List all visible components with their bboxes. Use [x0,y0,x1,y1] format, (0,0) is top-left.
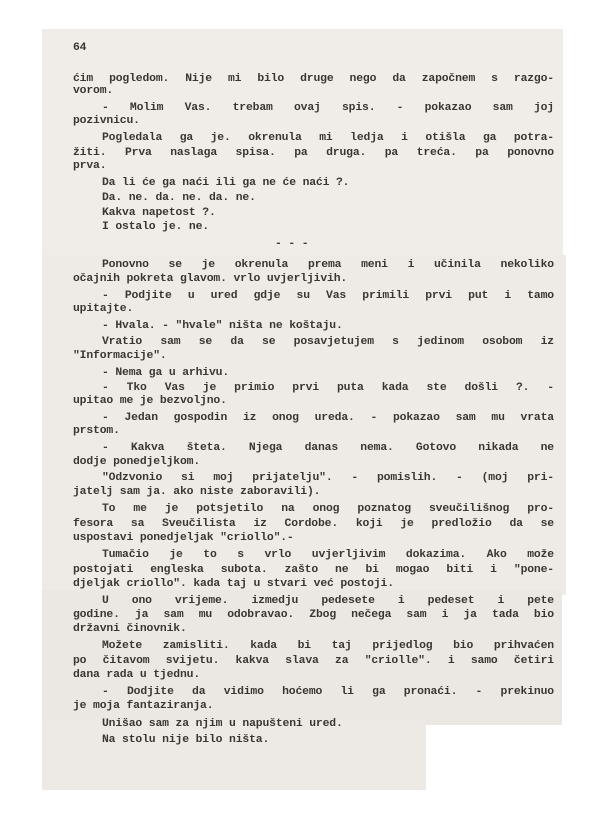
text-line: prstom. [73,425,120,438]
text-line: Unišao sam za njim u napušteni ured. [102,718,343,731]
text-line: - Tko Vas je primio prvi puta kada ste d… [102,382,554,395]
text-line: "Informacije". [73,350,167,363]
text-line: To me je potsjetilo na onog poznatog sve… [102,503,554,516]
text-line: U ono vrijeme. izmedju pedesete i pedese… [102,595,554,608]
text-line: postojati engleska subota. zašto ne bi m… [73,564,554,577]
text-line: je moja fantaziranja. [73,700,213,713]
text-line: Da. ne. da. ne. da. ne. [102,192,256,205]
text-line: djeljak criollo". kada taj u stvari već … [73,578,394,591]
text-line: - Podjite u ured gdje su Vas primili prv… [102,290,554,303]
text-line: dodje ponedjeljkom. [73,456,200,469]
book-page: 64 ćim pogledom. Nije mi bilo druge nego… [0,0,596,833]
text-line: Na stolu nije bilo ništa. [102,734,269,747]
section-separator: - - - [275,238,308,251]
text-line: fesora sa Sveučilista iz Cordobe. koji j… [73,518,554,531]
text-line: - Molim Vas. trebam ovaj spis. - pokazao… [102,102,554,115]
text-line: I ostalo je. ne. [102,221,209,234]
text-line: - Nema ga u arhivu. [102,367,229,380]
text-line: "Odzvonio si moj prijatelju". - pomislih… [102,472,554,485]
text-line: ćim pogledom. Nije mi bilo druge nego da… [73,73,554,86]
text-line: vorom. [73,85,113,98]
text-line: upitao me je bezvoljno. [73,395,227,408]
text-line: žiti. Prva naslaga spisa. pa druga. pa t… [73,147,554,160]
page-number: 64 [73,42,86,54]
text-line: - Hvala. - "hvale" ništa ne koštaju. [102,320,343,333]
text-line: dana rada u tjednu. [73,669,200,682]
text-line: pozivnicu. [73,115,140,128]
text-line: Kakva napetost ?. [102,207,216,220]
text-line: jatelj sam ja. ako niste zaboravili). [73,486,320,499]
text-line: - Jedan gospodin iz onog ureda. - pokaza… [102,412,554,425]
text-line: državni činovnik. [73,623,187,636]
text-line: godine. ja sam mu odobravao. Zbog nečega… [73,609,554,622]
text-line: uspostavi ponedjeljak "criollo".- [73,532,294,545]
text-line: Tumačio je to s vrlo uvjerljivim dokazim… [102,549,554,562]
text-line: Vratio sam se da se posavjetujem s jedin… [102,336,554,349]
text-line: po čitavom svijetu. kakva slava za "crio… [73,655,554,668]
text-line: upitajte. [73,303,133,316]
text-line: prva. [73,160,106,173]
text-line: očajnih pokreta glavom. vrlo uvjerljivih… [73,273,347,286]
text-line: Da li će ga naći ili ga ne će naći ?. [102,177,349,190]
text-line: - Dodjite da vidimo hoćemo li ga pronaći… [102,686,554,699]
text-line: - Kakva šteta. Njega danas nema. Gotovo … [102,442,554,455]
text-line: Ponovno se je okrenula prema meni i učin… [102,259,554,272]
text-line: Pogledala ga je. okrenula mi ledja i oti… [102,132,554,145]
text-line: Možete zamisliti. kada bi taj prijedlog … [102,640,554,653]
